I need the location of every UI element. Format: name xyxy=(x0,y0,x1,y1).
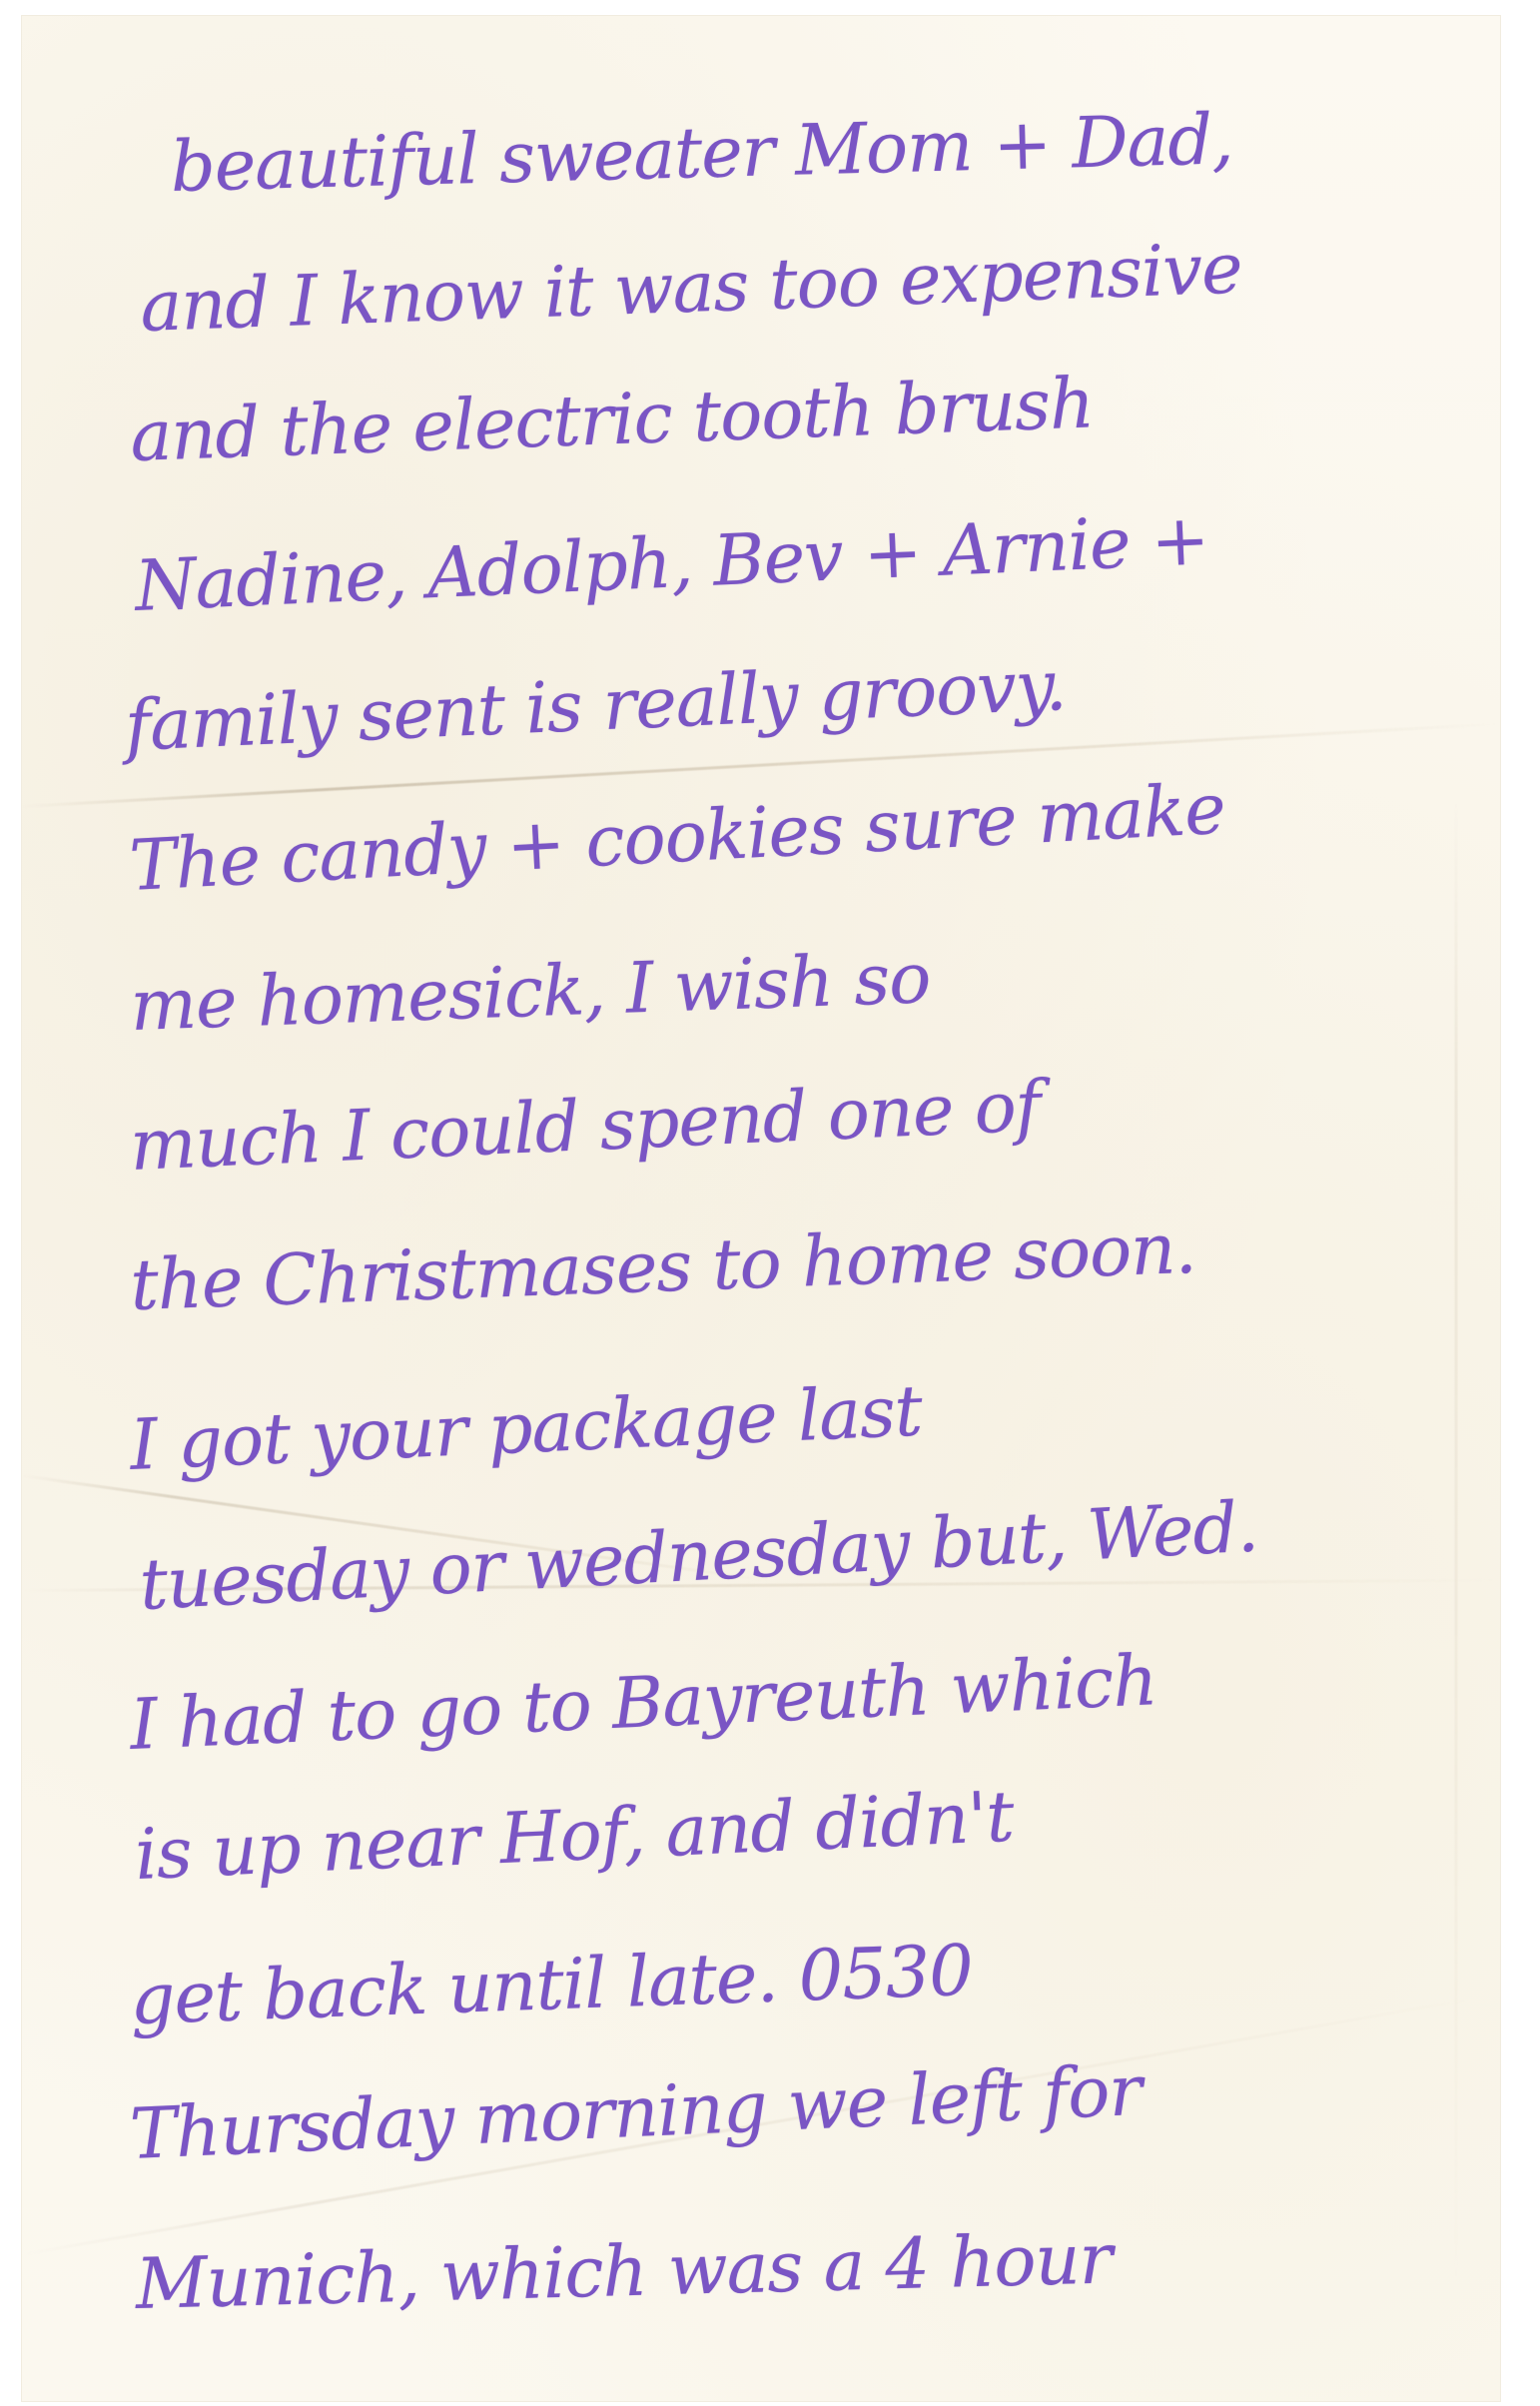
letter-line: Nadine, Adolph, Bev + Arnie + xyxy=(133,498,1209,627)
letter-line: and I know it was too expensive xyxy=(139,228,1243,348)
letter-line: I had to go to Bayreuth which xyxy=(128,1639,1157,1766)
letter-line: Thursday morning we left for xyxy=(128,2049,1143,2175)
letter-line: I got your package last xyxy=(128,1369,923,1486)
letter-line: The candy + cookies sure make xyxy=(128,768,1227,907)
letter-line: get back until late. 0530 xyxy=(129,1930,974,2040)
letter-line: Munich, which was a 4 hour xyxy=(135,2217,1113,2325)
handwritten-text: beautiful sweater Mom + Dad, and I know … xyxy=(22,16,1500,2401)
letter-line: family sent is really groovy. xyxy=(123,644,1067,767)
letter-line: and the electric tooth brush xyxy=(129,362,1095,477)
letter-line: the Christmases to home soon. xyxy=(129,1207,1197,1326)
letter-line: beautiful sweater Mom + Dad, xyxy=(170,98,1234,208)
letter-page: beautiful sweater Mom + Dad, and I know … xyxy=(22,16,1500,2401)
letter-line: much I could spend one of xyxy=(128,1065,1042,1187)
letter-line: is up near Hof, and didn't xyxy=(133,1776,1015,1896)
letter-line: tuesday or wednesday but, Wed. xyxy=(138,1485,1260,1626)
letter-line: me homesick, I wish so xyxy=(129,937,931,1047)
